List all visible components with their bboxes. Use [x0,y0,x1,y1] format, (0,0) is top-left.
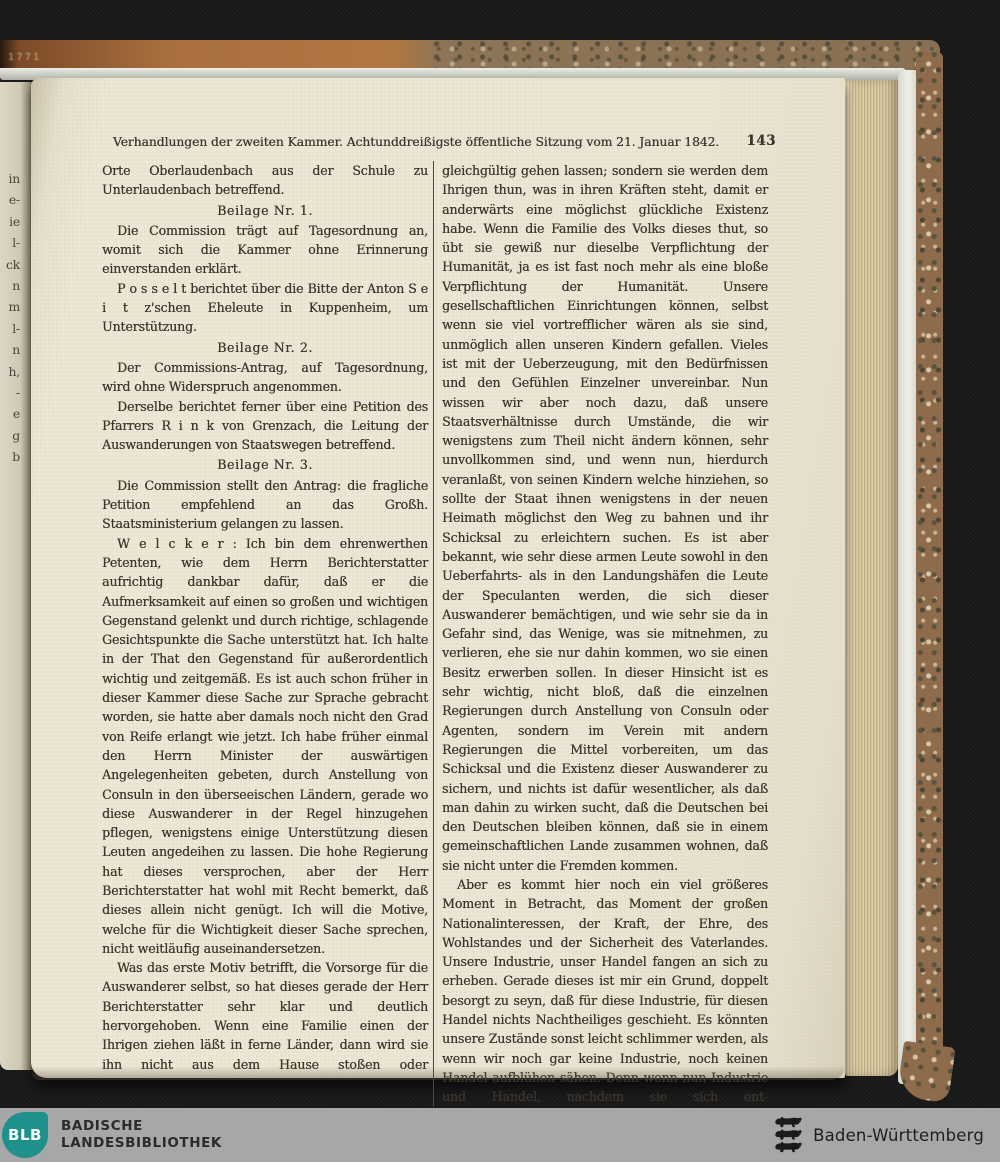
fragment: m [6,296,20,317]
paragraph: Was das erste Motiv betrifft, die Vorsor… [102,958,428,1074]
paragraph: W e l c k e r : Ich bin dem ehrenwerthen… [102,534,428,959]
paragraph: Orte Oberlaudenbach aus der Schule zu Un… [102,161,428,200]
beilage-heading: Beilage Nr. 3. [102,455,428,474]
beilage-heading: Beilage Nr. 1. [102,201,428,220]
library-name-line1: BADISCHE [61,1118,222,1135]
scan-viewer: 1771 in e- ie l- ck n m l- n h, - e g b … [0,0,1000,1162]
fragment: e- [6,189,20,210]
fragment: b [6,446,20,467]
paragraph: Die Commission trägt auf Tagesordnung an… [102,221,428,279]
beilage-heading: Beilage Nr. 2. [102,338,428,357]
paragraph: gleichgültig gehen lassen; sondern sie w… [442,161,768,875]
column-divider-rule [433,161,434,1107]
fragment: ck [6,254,20,275]
fragment: e [6,403,20,424]
page-number: 143 [746,133,776,149]
library-footer-bar: BLB BADISCHE LANDESBIBLIOTHEK Baden-Würt… [0,1108,1000,1162]
fragment: l- [6,318,20,339]
running-header-title: Verhandlungen der zweiten Kammer. Achtun… [113,134,719,149]
library-name-line2: LANDESBIBLIOTHEK [61,1135,222,1152]
spine-shelf-mark: 1771 [8,52,41,63]
two-column-text: Orte Oberlaudenbach aus der Schule zu Un… [102,161,776,1107]
book-right-cover [916,52,943,1098]
page-stack-fore-edge [845,80,898,1076]
fragment: ie [6,211,20,232]
paragraph: Derselbe berichtet ferner über eine Peti… [102,397,428,455]
paragraph: Der Commissions-Antrag, auf Tagesordnung… [102,358,428,397]
fragment: - [6,382,20,403]
state-label: Baden-Württemberg [813,1126,984,1145]
fragment: in [6,168,20,189]
paragraph: P o s s e l t berichtet über die Bitte d… [102,279,428,337]
book-bottom-corner [896,1041,955,1104]
flyleaf-edge [898,70,916,1084]
baden-wuerttemberg-logo-group: Baden-Württemberg [773,1113,984,1157]
page-text-area: Verhandlungen der zweiten Kammer. Achtun… [102,134,776,1107]
paragraph: Aber es kommt hier noch ein viel größere… [442,875,768,1107]
blb-logo-group: BLB BADISCHE LANDESBIBLIOTHEK [0,1112,222,1158]
library-name: BADISCHE LANDESBIBLIOTHEK [61,1118,222,1152]
fragment: l- [6,232,20,253]
fragment: h, [6,361,20,382]
fragment: g [6,425,20,446]
right-column: gleichgültig gehen lassen; sondern sie w… [442,161,768,1107]
fragment: n [6,275,20,296]
previous-page-sliver: in e- ie l- ck n m l- n h, - e g b [0,82,33,1070]
fragment: n [6,339,20,360]
blb-logo-icon: BLB [2,1112,48,1158]
book-page: Verhandlungen der zweiten Kammer. Achtun… [31,78,845,1078]
previous-page-fragments: in e- ie l- ck n m l- n h, - e g b [6,168,20,468]
three-lions-coat-of-arms-icon [773,1113,803,1157]
left-column: Orte Oberlaudenbach aus der Schule zu Un… [102,161,428,1107]
running-header: Verhandlungen der zweiten Kammer. Achtun… [102,134,776,149]
paragraph: Die Commission stellt den Antrag: die fr… [102,476,428,534]
